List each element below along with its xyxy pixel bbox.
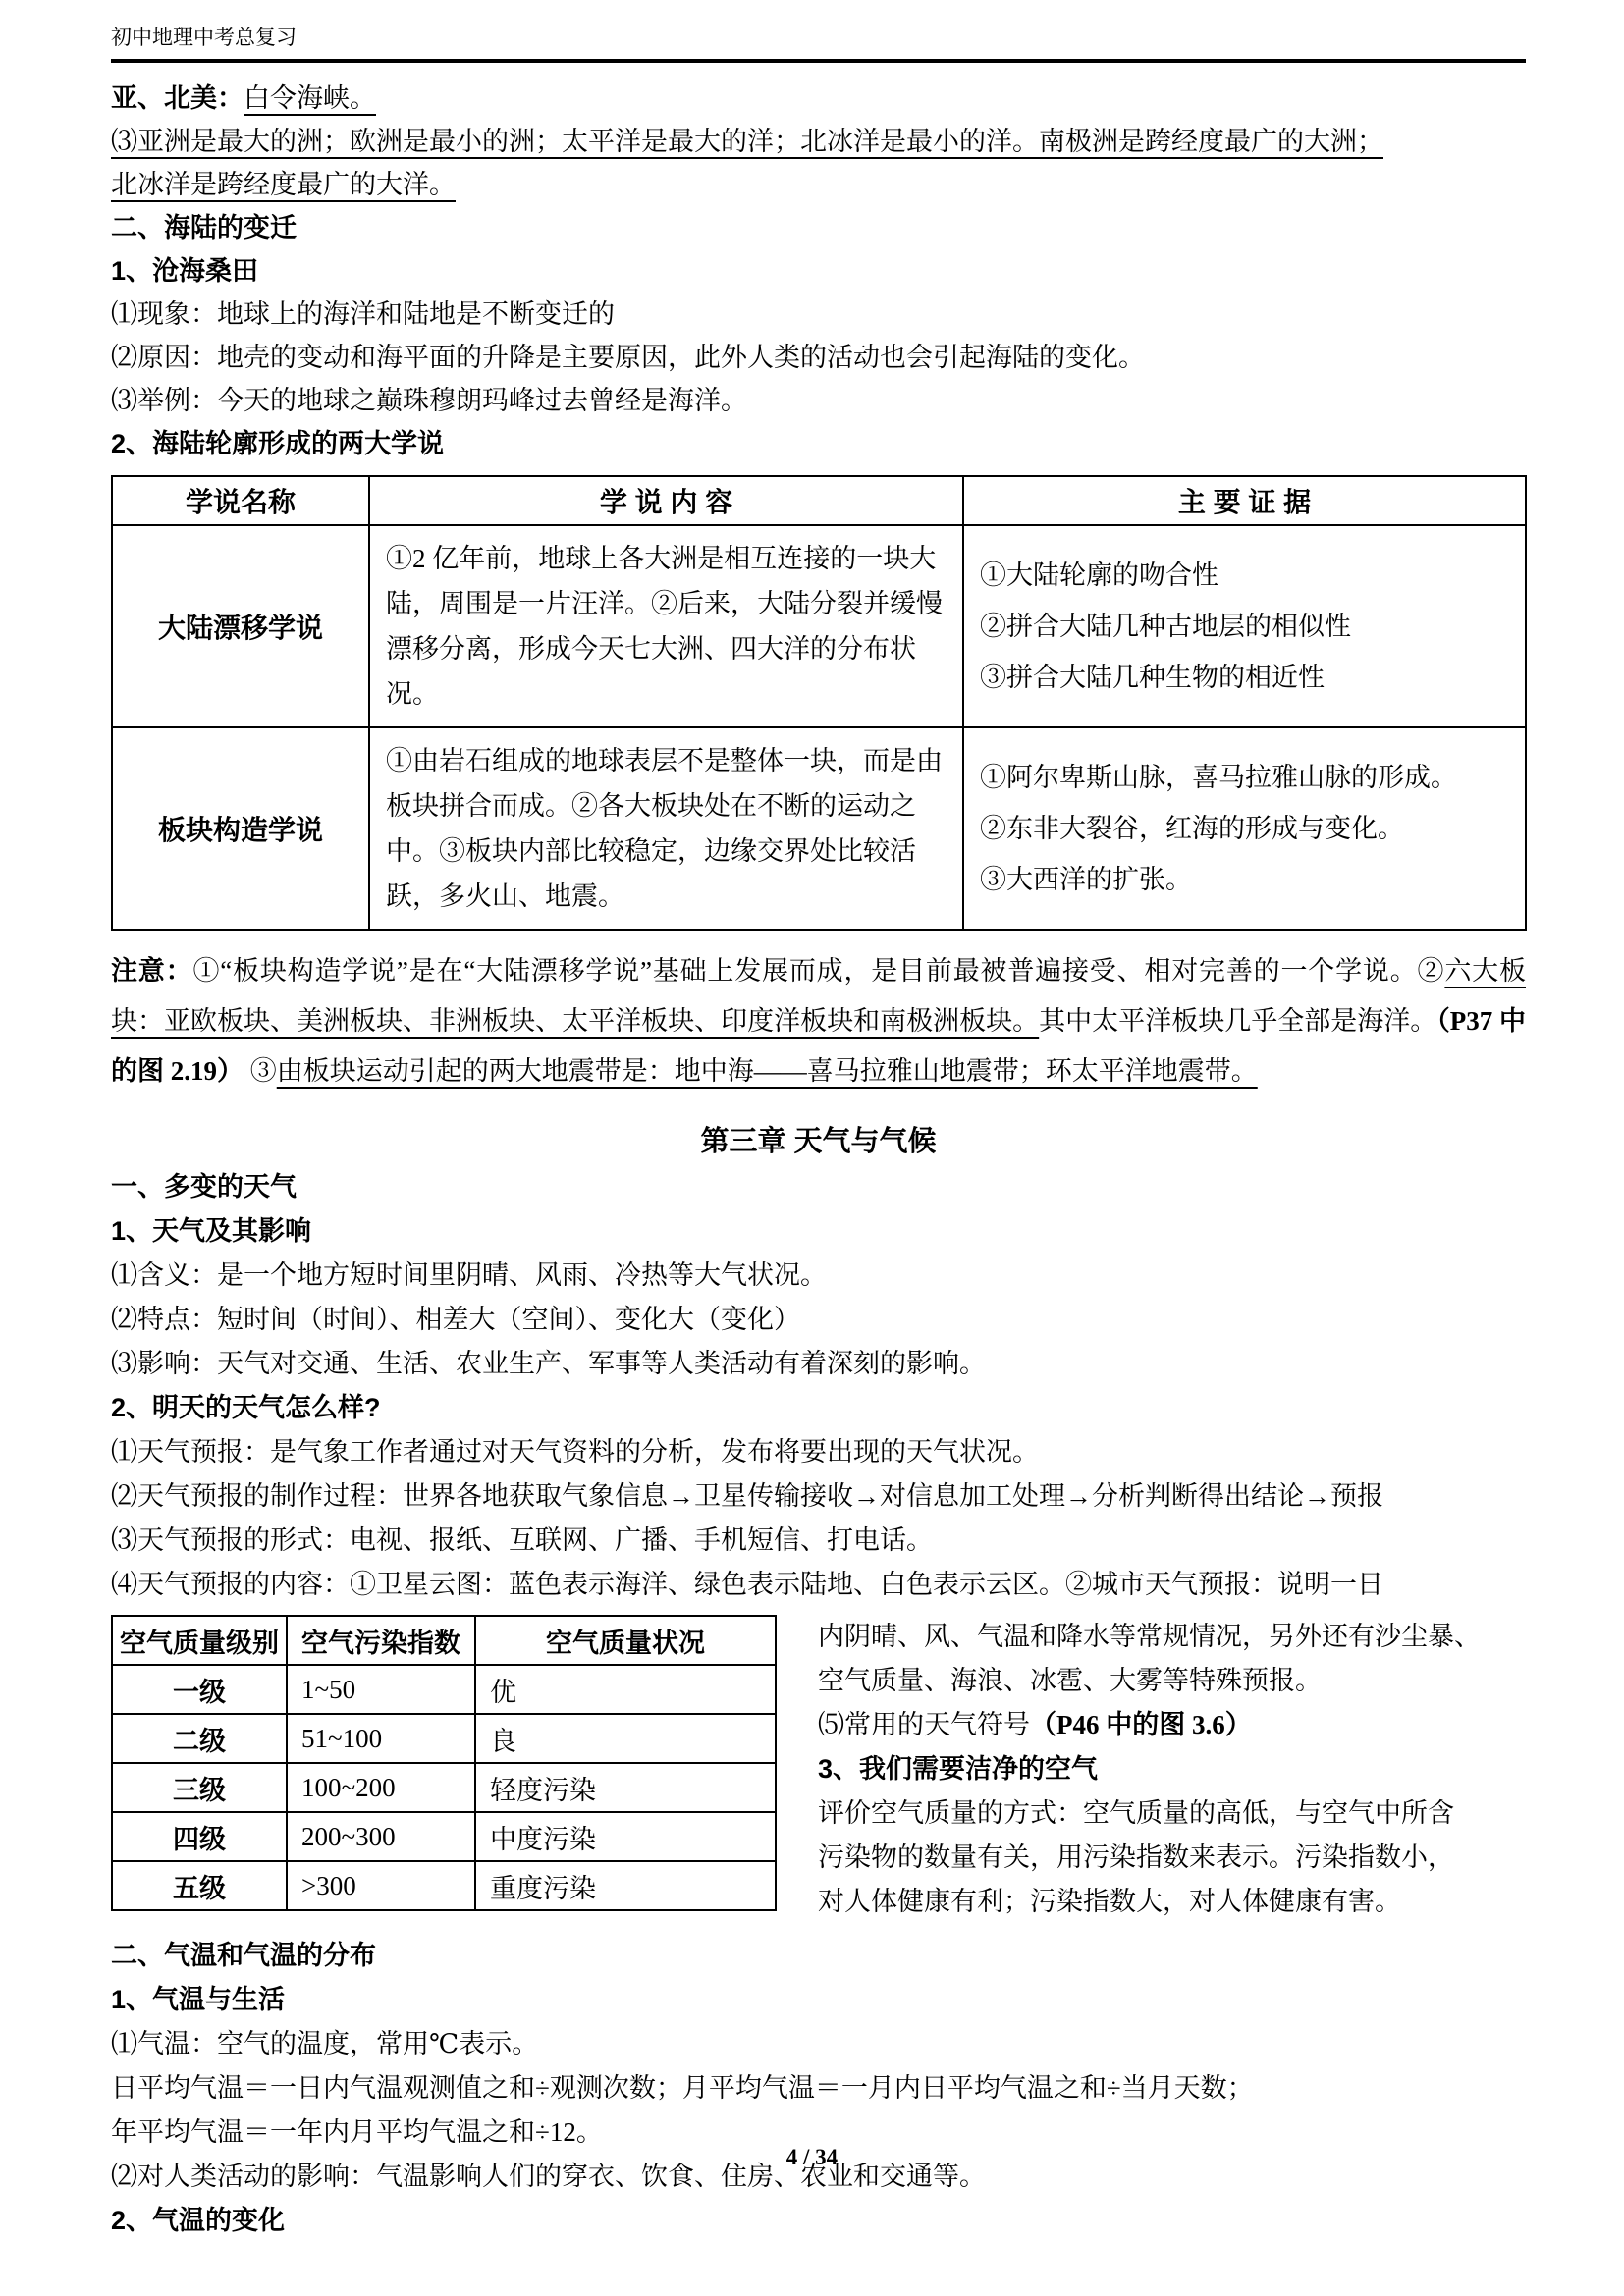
evidence-item: ②拼合大陆几种古地层的相似性	[980, 601, 1509, 652]
air-row3-status: 轻度污染	[475, 1763, 776, 1812]
air-row4-level: 四级	[112, 1812, 287, 1861]
heading-canghai: 1、沧海桑田	[111, 249, 1526, 293]
evidence-item: ①大陆轮廓的吻合性	[980, 550, 1509, 601]
air-header-index: 空气污染指数	[287, 1616, 475, 1665]
air-header-level: 空气质量级别	[112, 1616, 287, 1665]
air-quality-table: 空气质量级别 空气污染指数 空气质量状况 一级 1~50 优 二级 51~100…	[111, 1615, 777, 1911]
air-row4-status: 中度污染	[475, 1812, 776, 1861]
heading-temperature-change: 2、气温的变化	[111, 2199, 1526, 2243]
theory-row2-name: 板块构造学说	[112, 727, 369, 930]
air-table-header-row: 空气质量级别 空气污染指数 空气质量状况	[112, 1616, 776, 1665]
evidence-item: ②东非大裂谷，红海的形成与变化。	[980, 803, 1509, 854]
theory-header-content: 学 说 内 容	[369, 476, 963, 525]
air-row4-index: 200~300	[287, 1812, 475, 1861]
heading-two-theories: 2、海陆轮廓形成的两大学说	[111, 422, 1526, 465]
air-row1-status: 优	[475, 1665, 776, 1714]
weather-symbols-ref: （P46 中的图 3.6）	[1030, 1710, 1252, 1739]
weather-impact: ⑶影响：天气对交通、生活、农业生产、军事等人类活动有着深刻的影响。	[111, 1342, 1526, 1386]
evidence-item: ③大西洋的扩张。	[980, 854, 1509, 905]
intro-line-1: 亚、北美：白令海峡。	[111, 77, 1526, 120]
table-row: 四级 200~300 中度污染	[112, 1812, 776, 1861]
page-content: 初中地理中考总复习 亚、北美：白令海峡。 ⑶亚洲是最大的洲；欧洲是最小的洲；太平…	[0, 0, 1624, 2243]
theory-row1-evidence: ①大陆轮廓的吻合性 ②拼合大陆几种古地层的相似性 ③拼合大陆几种生物的相近性	[963, 525, 1526, 727]
table-row: 一级 1~50 优	[112, 1665, 776, 1714]
theory-row2-content: ①由岩石组成的地球表层不是整体一块，而是由板块拼合而成。②各大板块处在不断的运动…	[369, 727, 963, 930]
air-row3-index: 100~200	[287, 1763, 475, 1812]
heading-weather-influence: 1、天气及其影响	[111, 1209, 1526, 1254]
table-row: 二级 51~100 良	[112, 1714, 776, 1763]
forecast-content-wrap2: 空气质量、海浪、冰雹、大雾等特殊预报。	[818, 1659, 1481, 1703]
two-column-section: 空气质量级别 空气污染指数 空气质量状况 一级 1~50 优 二级 51~100…	[111, 1615, 1526, 1924]
forecast-process: ⑵天气预报的制作过程：世界各地获取气象信息→卫星传输接收→对信息加工处理→分析判…	[111, 1474, 1526, 1519]
theory-header-name: 学说名称	[112, 476, 369, 525]
intro-line-1-value: 白令海峡。	[244, 83, 376, 113]
note-label: 注意：	[111, 956, 192, 986]
intro-line-1-label: 亚、北美：	[111, 83, 244, 113]
air-quality-eval-1: 评价空气质量的方式：空气质量的高低，与空气中所含	[818, 1791, 1481, 1836]
forecast-definition: ⑴天气预报：是气象工作者通过对天气资料的分析，发布将要出现的天气状况。	[111, 1430, 1526, 1474]
note-paragraph: 注意：①“板块构造学说”是在“大陆漂移学说”基础上发展而成，是目前最被普遍接受、…	[111, 946, 1526, 1096]
table-row: 五级 >300 重度污染	[112, 1861, 776, 1910]
note-seg6: 由板块运动引起的两大地震带是：地中海——喜马拉雅山地震带；环太平洋地震带。	[277, 1056, 1258, 1086]
theory-table-header-row: 学说名称 学 说 内 容 主 要 证 据	[112, 476, 1526, 525]
heading-changeable-weather: 一、多变的天气	[111, 1165, 1526, 1209]
air-row2-status: 良	[475, 1714, 776, 1763]
air-row3-level: 三级	[112, 1763, 287, 1812]
air-row5-status: 重度污染	[475, 1861, 776, 1910]
weather-features: ⑵特点：短时间（时间）、相差大（空间）、变化大（变化）	[111, 1298, 1526, 1342]
forecast-content: ⑷天气预报的内容：①卫星云图：蓝色表示海洋、绿色表示陆地、白色表示云区。②城市天…	[111, 1563, 1526, 1607]
table-row: 三级 100~200 轻度污染	[112, 1763, 776, 1812]
note-seg3: 其中太平洋板块几乎全部是海洋。	[1039, 1006, 1436, 1036]
air-row2-index: 51~100	[287, 1714, 475, 1763]
air-row5-level: 五级	[112, 1861, 287, 1910]
weather-symbols-text: ⑸常用的天气符号	[818, 1710, 1030, 1739]
heading-clean-air: 3、我们需要洁净的空气	[818, 1747, 1481, 1791]
theory-table: 学说名称 学 说 内 容 主 要 证 据 大陆漂移学说 ①2 亿年前，地球上各大…	[111, 475, 1527, 931]
theory-row1-name: 大陆漂移学说	[112, 525, 369, 727]
theory-row2-evidence: ①阿尔卑斯山脉，喜马拉雅山脉的形成。 ②东非大裂谷，红海的形成与变化。 ③大西洋…	[963, 727, 1526, 930]
heading-sea-land: 二、海陆的变迁	[111, 206, 1526, 249]
theory-header-evidence: 主 要 证 据	[963, 476, 1526, 525]
page-number: 4 / 34	[0, 2145, 1624, 2170]
document-header-title: 初中地理中考总复习	[111, 24, 1526, 53]
document-page: 初中地理中考总复习 亚、北美：白令海峡。 ⑶亚洲是最大的洲；欧洲是最小的洲；太平…	[0, 0, 1624, 2296]
forecast-forms: ⑶天气预报的形式：电视、报纸、互联网、广播、手机短信、打电话。	[111, 1519, 1526, 1563]
evidence-item: ③拼合大陆几种生物的相近性	[980, 652, 1509, 703]
right-column-text: 内阴晴、风、气温和降水等常规情况，另外还有沙尘暴、 空气质量、海浪、冰雹、大雾等…	[818, 1615, 1481, 1924]
sea-land-p2: ⑵原因：地壳的变动和海平面的升降是主要原因，此外人类的活动也会引起海陆的变化。	[111, 336, 1526, 379]
note-seg5: ③	[244, 1056, 277, 1086]
air-header-status: 空气质量状况	[475, 1616, 776, 1665]
note-seg1: ①“板块构造学说”是在“大陆漂移学说”基础上发展而成，是目前最被普遍接受、相对完…	[192, 956, 1444, 986]
air-quality-eval-3: 对人体健康有利；污染指数大，对人体健康有害。	[818, 1880, 1481, 1924]
temperature-daily-monthly: 日平均气温＝一日内气温观测值之和÷观测次数；月平均气温＝一月内日平均气温之和÷当…	[111, 2066, 1526, 2110]
heading-temperature-life: 1、气温与生活	[111, 1978, 1526, 2022]
air-row5-index: >300	[287, 1861, 475, 1910]
forecast-content-wrap1: 内阴晴、风、气温和降水等常规情况，另外还有沙尘暴、	[818, 1615, 1481, 1659]
temperature-definition: ⑴气温：空气的温度，常用℃表示。	[111, 2022, 1526, 2066]
heading-tomorrow-weather: 2、明天的天气怎么样?	[111, 1386, 1526, 1430]
theory-row1-content: ①2 亿年前，地球上各大洲是相互连接的一块大陆，周围是一片汪洋。②后来，大陆分裂…	[369, 525, 963, 727]
table-row: 大陆漂移学说 ①2 亿年前，地球上各大洲是相互连接的一块大陆，周围是一片汪洋。②…	[112, 525, 1526, 727]
intro-line-2: ⑶亚洲是最大的洲；欧洲是最小的洲；太平洋是最大的洋；北冰洋是最小的洋。南极洲是跨…	[111, 120, 1526, 163]
chapter3-title: 第三章 天气与气候	[111, 1118, 1526, 1165]
header-divider	[111, 59, 1526, 63]
air-quality-eval-2: 污染物的数量有关，用污染指数来表示。污染指数小，	[818, 1836, 1481, 1880]
weather-meaning: ⑴含义：是一个地方短时间里阴晴、风雨、冷热等大气状况。	[111, 1254, 1526, 1298]
evidence-item: ①阿尔卑斯山脉，喜马拉雅山脉的形成。	[980, 752, 1509, 803]
table-row: 板块构造学说 ①由岩石组成的地球表层不是整体一块，而是由板块拼合而成。②各大板块…	[112, 727, 1526, 930]
air-row1-level: 一级	[112, 1665, 287, 1714]
sea-land-p3: ⑶举例：今天的地球之巅珠穆朗玛峰过去曾经是海洋。	[111, 379, 1526, 422]
intro-line-3: 北冰洋是跨经度最广的大洋。	[111, 163, 1526, 206]
sea-land-p1: ⑴现象：地球上的海洋和陆地是不断变迁的	[111, 293, 1526, 336]
heading-temperature-distribution: 二、气温和气温的分布	[111, 1934, 1526, 1978]
air-row2-level: 二级	[112, 1714, 287, 1763]
air-row1-index: 1~50	[287, 1665, 475, 1714]
weather-symbols-line: ⑸常用的天气符号（P46 中的图 3.6）	[818, 1703, 1481, 1747]
